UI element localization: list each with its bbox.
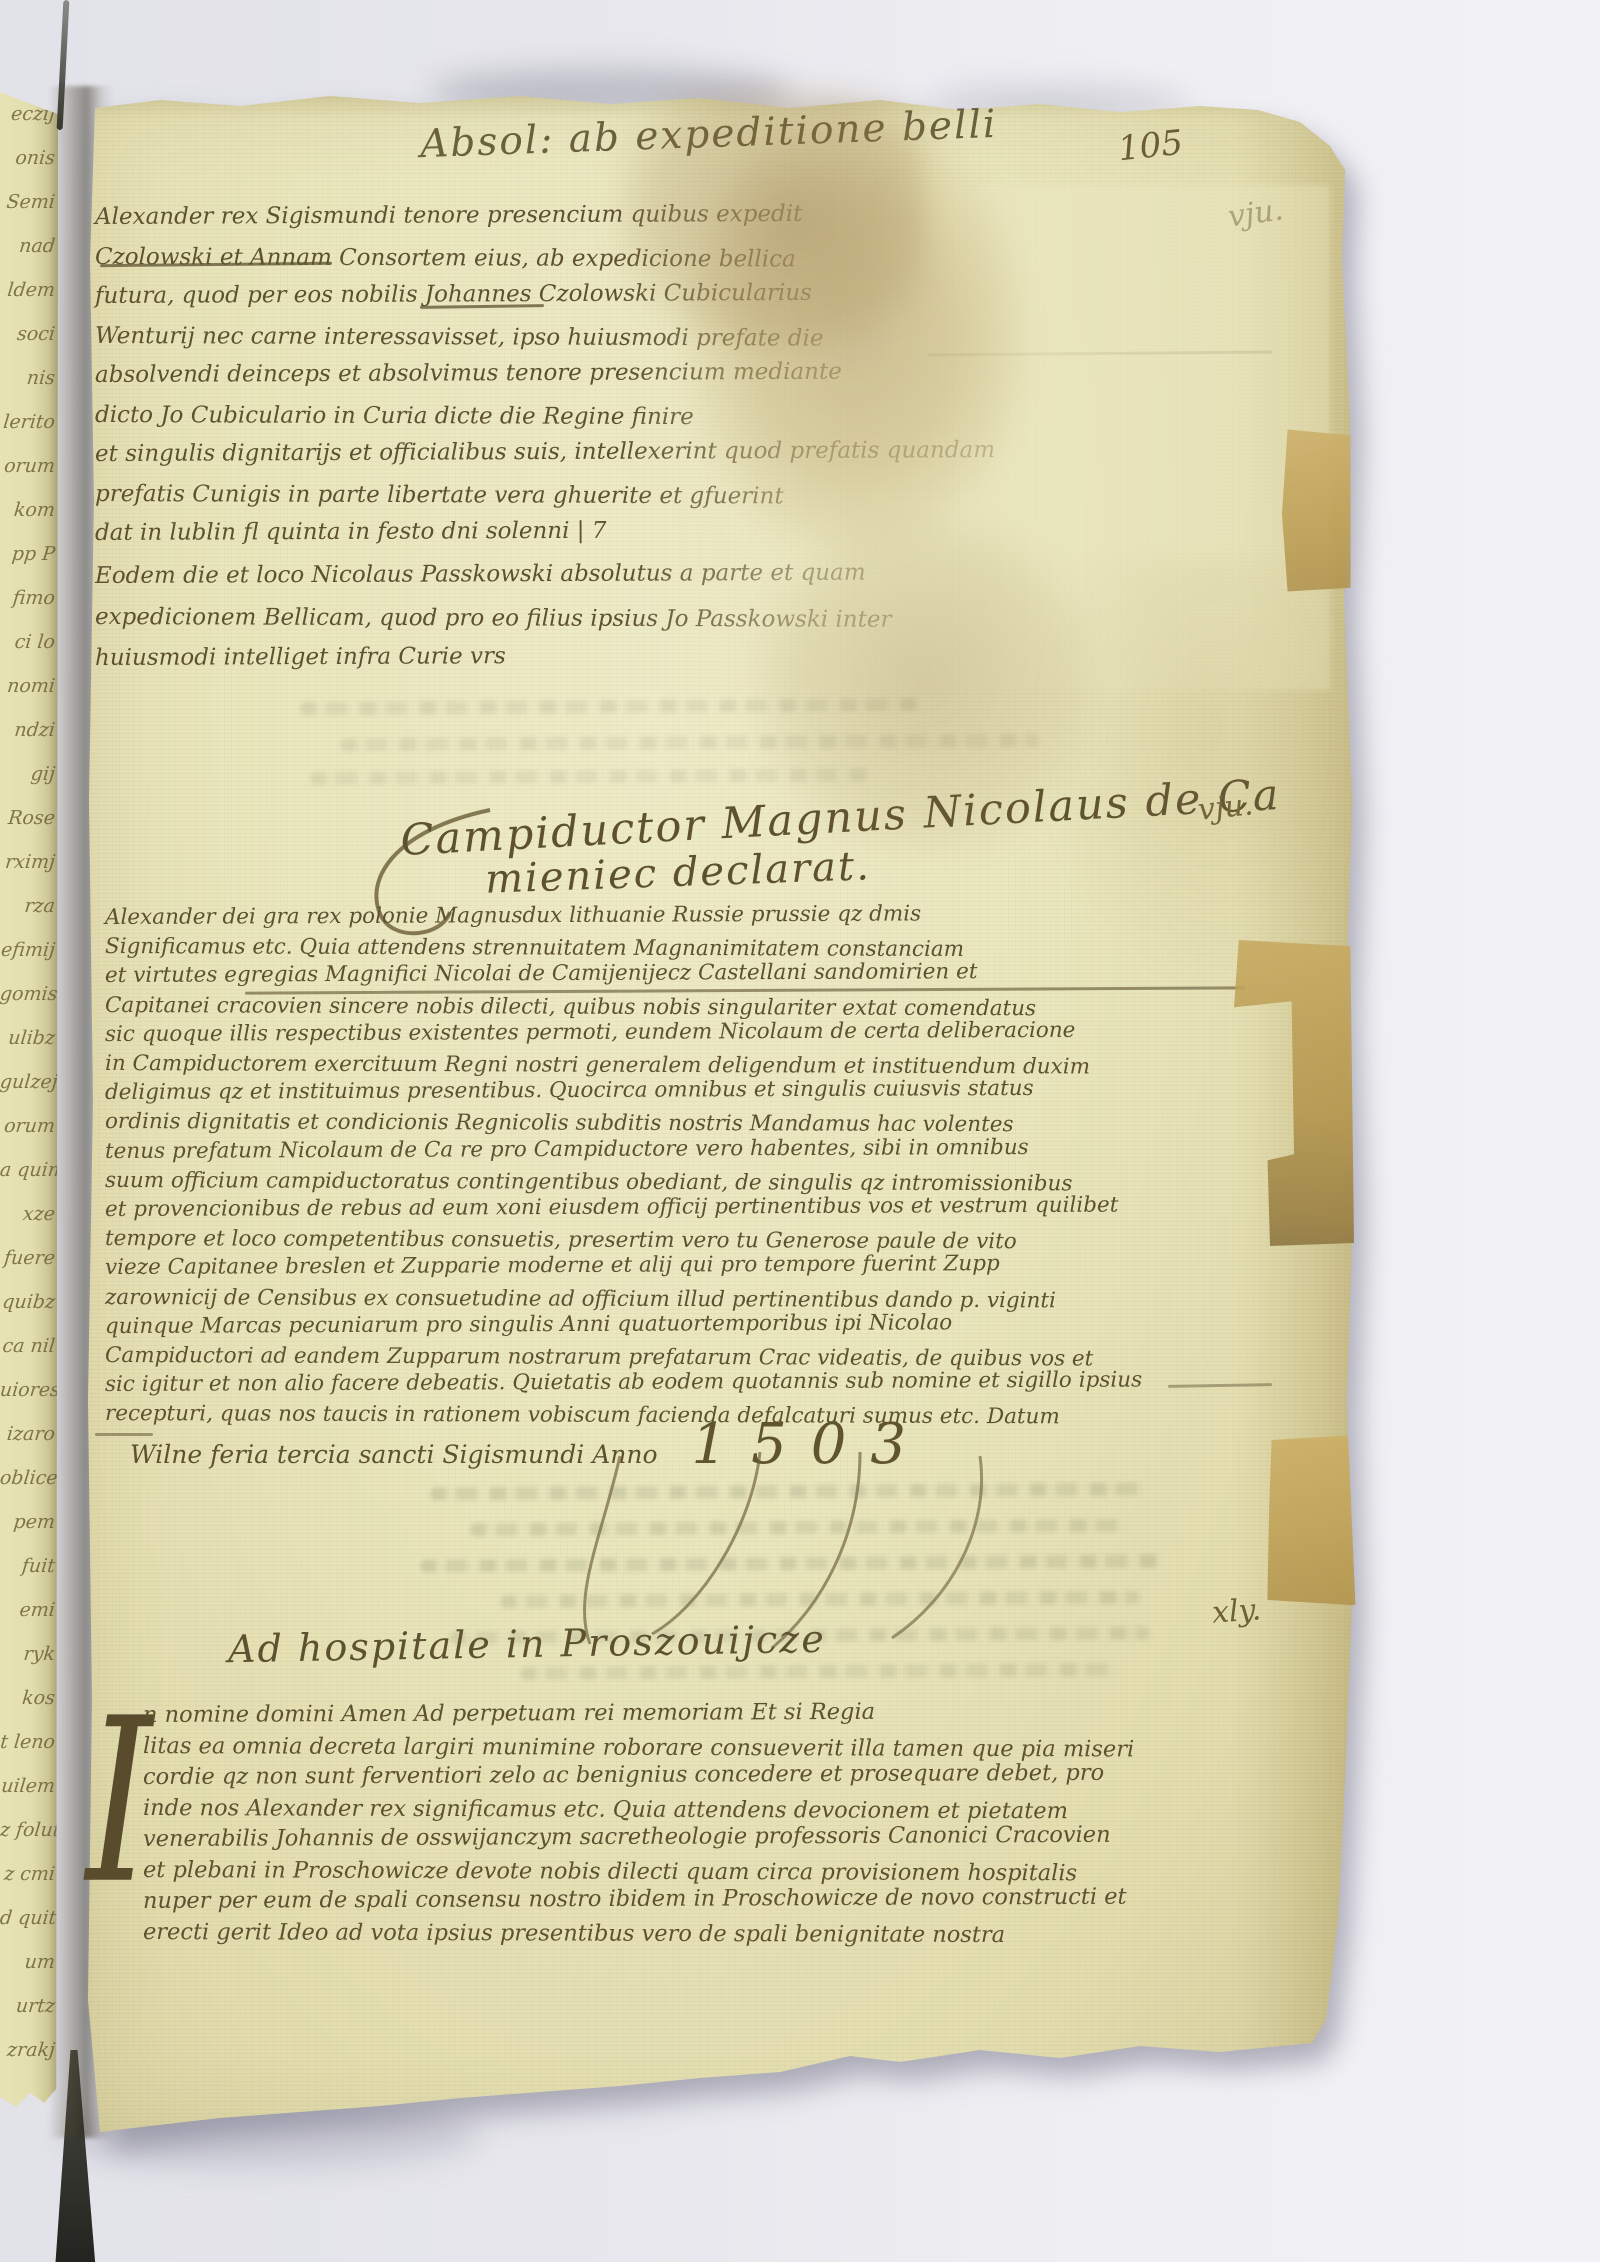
- manuscript-line: Semi: [0, 180, 58, 224]
- manuscript-line: futura, quod per eos nobilis Johannes Cz…: [95, 272, 1335, 317]
- manuscript-line: urtz: [0, 1984, 58, 2028]
- manuscript-line: sic igitur et non alio facere debeatis. …: [105, 1365, 1320, 1400]
- manuscript-line: gij: [0, 752, 58, 796]
- manuscript-line: a quim: [0, 1148, 58, 1192]
- manuscript-line: uiores: [0, 1368, 58, 1412]
- manuscript-line: nomi: [0, 664, 58, 708]
- manuscript-line: et singulis dignitarijs et officialibus …: [95, 430, 1335, 475]
- year-1503: 1503: [692, 1412, 931, 1477]
- manuscript-line: d quita: [0, 1896, 58, 1940]
- manuscript-scan: { "colors":{"background":"#e9e9ef","parc…: [0, 0, 1600, 2262]
- manuscript-line: et virtutes egregias Magnifici Nicolai d…: [105, 956, 1320, 991]
- manuscript-line: deligimus qz et instituimus presentibus.…: [105, 1073, 1320, 1108]
- manuscript-line: n nomine domini Amen Ad perpetuam rei me…: [143, 1695, 1325, 1731]
- manuscript-line: z cmi: [0, 1852, 58, 1896]
- manuscript-line: ldem: [0, 268, 58, 312]
- paragraph-campiductor: Alexander dei gra rex polonie Magnusdux …: [105, 903, 1320, 1429]
- manuscript-line: ci lo: [0, 620, 58, 664]
- manuscript-line: kom: [0, 488, 58, 532]
- tape-repair: [1281, 429, 1354, 592]
- manuscript-line: lerito: [0, 400, 58, 444]
- manuscript-line: t leno: [0, 1720, 58, 1764]
- manuscript-line: nuper per eum de spali consensu nostro i…: [143, 1881, 1325, 1917]
- manuscript-line: efimij: [0, 928, 58, 972]
- manuscript-line: ndzi: [0, 708, 58, 752]
- manuscript-line: nad: [0, 224, 58, 268]
- folio-number: 105: [1116, 123, 1185, 170]
- manuscript-line: orum: [0, 1104, 58, 1148]
- manuscript-line: huiusmodi intelliget infra Curie vrs: [95, 633, 1275, 679]
- manuscript-line: Alexander rex Sigismundi tenore presenci…: [95, 193, 1335, 238]
- manuscript-line: Rose: [0, 796, 58, 840]
- manuscript-line: eczij: [0, 92, 58, 136]
- manuscript-line: ryk: [0, 1632, 58, 1676]
- manuscript-line: quinque Marcas pecuniarum pro singulis A…: [105, 1307, 1320, 1342]
- manuscript-line: um: [0, 1940, 58, 1984]
- manuscript-line: Eodem die et loco Nicolaus Passkowski ab…: [95, 551, 1275, 597]
- manuscript-line: pem: [0, 1500, 58, 1544]
- manuscript-line: gomis: [0, 972, 58, 1016]
- margin-mark-low: xly.: [1211, 1592, 1262, 1630]
- manuscript-line: ca nil: [0, 1324, 58, 1368]
- manuscript-line: z folutz: [0, 1808, 58, 1852]
- manuscript-line: cordie qz non sunt ferventiori zelo ac b…: [143, 1757, 1325, 1793]
- manuscript-line: zrakj: [0, 2028, 58, 2072]
- manuscript-line: dat in lublin fl quinta in festo dni sol…: [95, 509, 1335, 554]
- manuscript-line: venerabilis Johannis de osswijanczym sac…: [143, 1819, 1325, 1855]
- manuscript-line: rza: [0, 884, 58, 928]
- manuscript-line: xze: [0, 1192, 58, 1236]
- manuscript-line: ulibz: [0, 1016, 58, 1060]
- manuscript-line: kos: [0, 1676, 58, 1720]
- manuscript-line: orum: [0, 444, 58, 488]
- manuscript-line: tenus prefatum Nicolaum de Ca re pro Cam…: [105, 1131, 1320, 1166]
- binding-spine-edge: [57, 0, 70, 130]
- dateline: Wilne feria tercia sancti Sigismundi Ann…: [130, 1412, 930, 1477]
- dateline-text: Wilne feria tercia sancti Sigismundi Ann…: [130, 1440, 658, 1469]
- manuscript-line: fimo: [0, 576, 58, 620]
- manuscript-line: fuit: [0, 1544, 58, 1588]
- manuscript-line: erecti gerit Ideo ad vota ipsius present…: [143, 1917, 1325, 1952]
- paragraph-in-nomine: n nomine domini Amen Ad perpetuam rei me…: [95, 1700, 1325, 1948]
- manuscript-line: uilem: [0, 1764, 58, 1808]
- manuscript-line: fuere: [0, 1236, 58, 1280]
- manuscript-line: oblicem: [0, 1456, 58, 1500]
- manuscript-line: rximj: [0, 840, 58, 884]
- manuscript-line: izaro: [0, 1412, 58, 1456]
- manuscript-line: quibz: [0, 1280, 58, 1324]
- manuscript-line: soci: [0, 312, 58, 356]
- manuscript-line: onis: [0, 136, 58, 180]
- strikethrough-stroke: [95, 1433, 153, 1436]
- tape-repair: [1265, 1435, 1356, 1607]
- previous-page-sliver: eczijonisSeminadldemsocinisleritoorumkom…: [0, 92, 58, 2107]
- manuscript-line: nis: [0, 356, 58, 400]
- paragraph-absolutio: Alexander rex Sigismundi tenore presenci…: [95, 198, 1335, 554]
- manuscript-line: et provencionibus de rebus ad eum xoni e…: [105, 1190, 1320, 1225]
- manuscript-line: sic quoque illis respectibus existentes …: [105, 1015, 1320, 1050]
- manuscript-line: pp P: [0, 532, 58, 576]
- manuscript-line: Alexander dei gra rex polonie Magnusdux …: [105, 898, 1320, 933]
- manuscript-line: vieze Capitanee breslen et Zupparie mode…: [105, 1248, 1320, 1283]
- margin-mark-middle: vju.: [1196, 787, 1254, 828]
- manuscript-line: gulzej: [0, 1060, 58, 1104]
- paragraph-eodem-die: Eodem die et loco Nicolaus Passkowski ab…: [95, 556, 1275, 679]
- manuscript-line: absolvendi deinceps et absolvimus tenore…: [95, 351, 1335, 396]
- manuscript-line: emi: [0, 1588, 58, 1632]
